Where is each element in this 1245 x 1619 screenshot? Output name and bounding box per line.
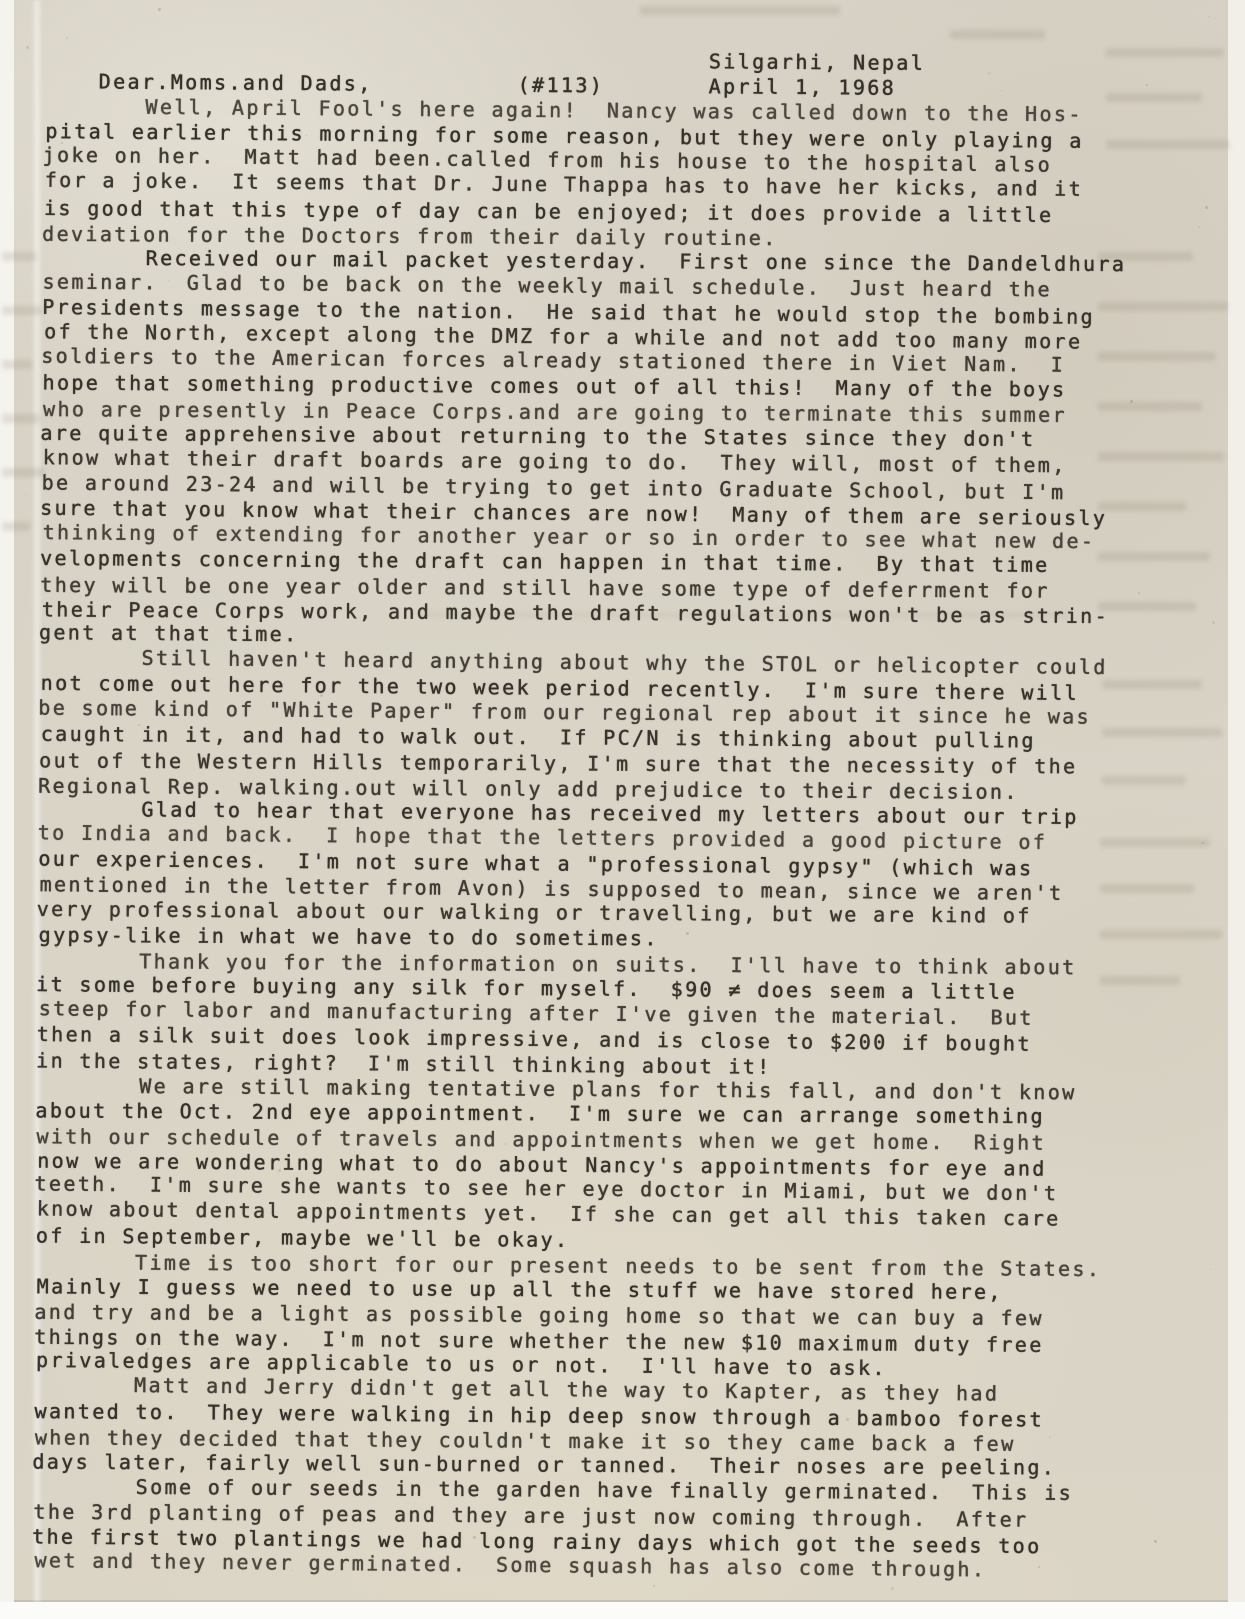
paper-speck bbox=[1001, 90, 1002, 91]
paper-speck bbox=[653, 1585, 655, 1587]
paper-speck bbox=[25, 494, 26, 495]
letter-body: Well, April Fool's here again! Nancy was… bbox=[33, 94, 1155, 1583]
paragraph: Glad to hear that everyone has received … bbox=[38, 797, 1149, 956]
paper-speck bbox=[1038, 1566, 1040, 1568]
paper-speck bbox=[292, 1570, 293, 1571]
paragraph: Time is too short for our present needs … bbox=[35, 1248, 1146, 1382]
paper-speck bbox=[1210, 1269, 1211, 1270]
paper-speck bbox=[50, 303, 51, 304]
paper-speck bbox=[686, 932, 689, 935]
paper-speck bbox=[1130, 400, 1133, 403]
paper-speck bbox=[505, 1143, 507, 1145]
paragraph: Matt and Jerry didn't get all the way to… bbox=[34, 1374, 1145, 1483]
paper-speck bbox=[815, 363, 817, 365]
letter-number: (#113) bbox=[518, 73, 605, 99]
letter-page: Silgarhi, Nepal Dear.Moms.and Dads, (#11… bbox=[0, 0, 1245, 1619]
paper-speck bbox=[861, 828, 862, 829]
scan-edge-left bbox=[0, 0, 14, 1602]
paper-speck bbox=[306, 135, 307, 136]
scan-edge-right bbox=[1228, 0, 1245, 1602]
paper-speck bbox=[147, 1348, 149, 1350]
paper-speck bbox=[1208, 16, 1209, 17]
paper-speck bbox=[158, 8, 161, 11]
paper-speck bbox=[1212, 621, 1215, 624]
paragraph: Well, April Fool's here again! Nancy was… bbox=[43, 94, 1154, 253]
paper-speck bbox=[1205, 206, 1208, 209]
paper-speck bbox=[1138, 592, 1140, 594]
paper-speck bbox=[1161, 1074, 1162, 1075]
paper-speck bbox=[55, 945, 58, 948]
paper-speck bbox=[1202, 842, 1204, 844]
paper-speck bbox=[1154, 1540, 1157, 1543]
paper-speck bbox=[620, 798, 621, 799]
paper-speck bbox=[1049, 1436, 1051, 1438]
paragraph: Thank you for the information on suits. … bbox=[37, 947, 1148, 1081]
paper-speck bbox=[26, 46, 29, 49]
paper-speck bbox=[1121, 21, 1122, 22]
paragraph: Received our mail packet yesterday. Firs… bbox=[40, 245, 1153, 655]
ghost-smudge bbox=[640, 6, 840, 15]
paper-speck bbox=[320, 694, 323, 697]
paper-speck bbox=[702, 1477, 703, 1478]
date-line: April 1, 1968 bbox=[709, 74, 897, 101]
paper-speck bbox=[61, 142, 63, 144]
paragraph: Still haven't heard anything about why t… bbox=[39, 646, 1150, 805]
letter-content: Silgarhi, Nepal Dear.Moms.and Dads, (#11… bbox=[33, 44, 1155, 1583]
paper-speck bbox=[988, 72, 991, 75]
location-line: Silgarhi, Nepal bbox=[709, 49, 926, 76]
paper-speck bbox=[489, 481, 491, 483]
paper-speck bbox=[1146, 84, 1148, 86]
paper-speck bbox=[278, 1169, 281, 1172]
paper-speck bbox=[876, 1338, 877, 1339]
paper-speck bbox=[138, 724, 140, 726]
ghost-smudge bbox=[950, 30, 1045, 39]
scanned-letter-screenshot: { "colors": { "paper": "#d8d3c6", "ink":… bbox=[0, 0, 1245, 1619]
paper-speck bbox=[1026, 388, 1029, 391]
paper-speck bbox=[846, 1418, 849, 1421]
paper-speck bbox=[473, 1536, 476, 1539]
paper-speck bbox=[457, 1492, 458, 1493]
paragraph: We are still making tentative plans for … bbox=[36, 1073, 1147, 1257]
paper-speck bbox=[168, 280, 169, 281]
paper-speck bbox=[66, 37, 68, 39]
ghost-smudge bbox=[2, 252, 44, 531]
paper-speck bbox=[1198, 226, 1200, 228]
paper-speck bbox=[891, 1587, 894, 1590]
paper-speck bbox=[1014, 1046, 1015, 1047]
paper-speck bbox=[669, 1258, 671, 1260]
paragraph: Some of our seeds in the garden have fin… bbox=[33, 1474, 1144, 1583]
salutation: Dear.Moms.and Dads, bbox=[99, 70, 373, 97]
